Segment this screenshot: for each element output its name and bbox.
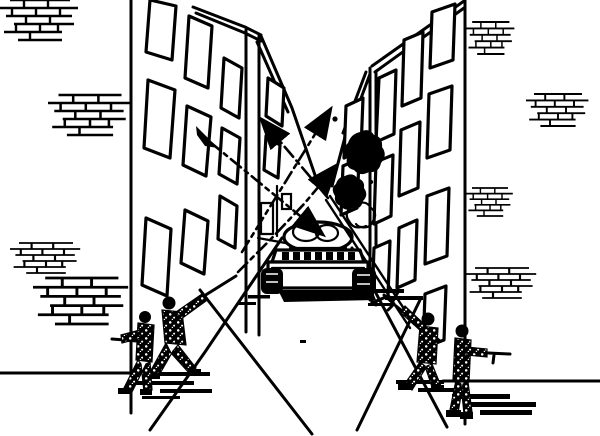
soldier-head bbox=[456, 325, 469, 338]
explosion-speck bbox=[332, 116, 337, 121]
right-building-windows-col1 bbox=[423, 4, 455, 348]
explosion-lower bbox=[333, 174, 367, 209]
soldier-boot bbox=[431, 385, 444, 391]
soldier-boot bbox=[398, 384, 412, 390]
soldier-body bbox=[136, 323, 154, 362]
soldier-boot bbox=[118, 388, 131, 394]
soldier-left-trail bbox=[112, 311, 154, 395]
left-building-windows-corner bbox=[218, 58, 242, 248]
soldier-head bbox=[163, 297, 176, 310]
left-building-windows-col1 bbox=[142, 0, 176, 296]
left-building-windows-street-face bbox=[264, 78, 284, 178]
soldier-legs bbox=[124, 360, 152, 392]
soldier-boot bbox=[188, 369, 201, 375]
soldier-head bbox=[139, 311, 151, 323]
explosion-speck bbox=[369, 180, 373, 184]
left-pavement-line bbox=[200, 290, 312, 434]
soldier-body bbox=[453, 338, 471, 382]
right-building bbox=[332, 0, 465, 424]
soldier-arm bbox=[176, 294, 206, 319]
soldier-boot bbox=[140, 389, 152, 395]
soldier-boot bbox=[446, 410, 461, 417]
street-ambush-illustration bbox=[0, 0, 600, 436]
right-building-windows-col2 bbox=[397, 32, 423, 288]
illustration-canvas bbox=[0, 0, 600, 436]
soldier-legs bbox=[450, 380, 472, 414]
soldier-arm bbox=[466, 347, 487, 357]
soldier-boot bbox=[460, 412, 473, 419]
soldier-body bbox=[417, 326, 438, 364]
brick-patch bbox=[0, 0, 78, 40]
